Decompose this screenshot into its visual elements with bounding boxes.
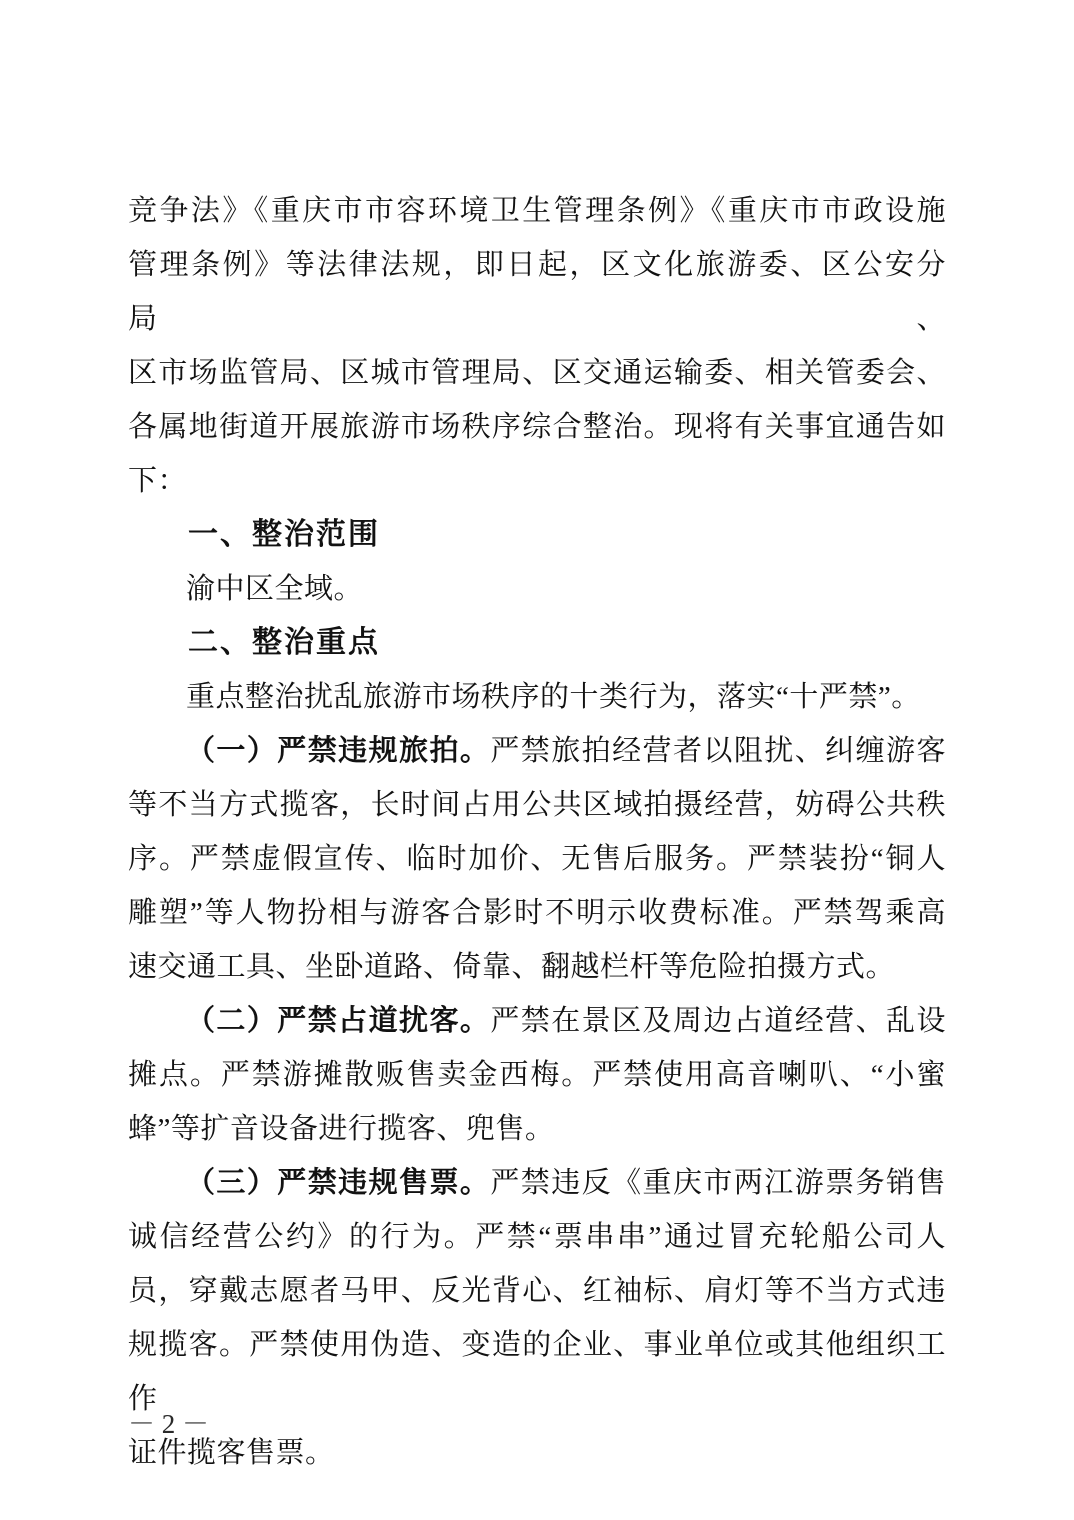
paragraph: 竞争法》《重庆市市容环境卫生管理条例》《重庆市市政设施管理条例》等法律法规，即日… bbox=[128, 184, 946, 508]
text-line: （一）严禁违规旅拍。严禁旅拍经营者以阻扰、纠缠游客 bbox=[128, 724, 946, 778]
text-line: 规揽客。严禁使用伪造、变造的企业、事业单位或其他组织工作 bbox=[128, 1318, 946, 1426]
text-segment: 区市场监管局、区城市管理局、区交通运输委、相关管委会、 bbox=[128, 357, 946, 389]
text-segment: 诚信经营公约》的行为。严禁“票串串”通过冒充轮船公司人 bbox=[128, 1221, 946, 1253]
text-segment: 重点整治扰乱旅游市场秩序的十类行为，落实“十严禁”。 bbox=[186, 681, 921, 713]
page: 竞争法》《重庆市市容环境卫生管理条例》《重庆市市政设施管理条例》等法律法规，即日… bbox=[0, 0, 1074, 1520]
bold-text-segment: （一）严禁违规旅拍。 bbox=[186, 735, 490, 767]
text-segment: 严禁旅拍经营者以阻扰、纠缠游客 bbox=[490, 735, 946, 767]
bold-text-segment: （三）严禁违规售票。 bbox=[186, 1167, 490, 1199]
text-line: 渝中区全域。 bbox=[128, 562, 946, 616]
text-line: 一、整治范围 bbox=[128, 508, 946, 562]
text-line: 员，穿戴志愿者马甲、反光背心、红袖标、肩灯等不当方式违 bbox=[128, 1264, 946, 1318]
paragraph: （二）严禁占道扰客。严禁在景区及周边占道经营、乱设摊点。严禁游摊散贩售卖金西梅。… bbox=[128, 994, 946, 1156]
text-segment: 序。严禁虚假宣传、临时加价、无售后服务。严禁装扮“铜人 bbox=[128, 843, 946, 875]
text-line: 管理条例》等法律法规，即日起，区文化旅游委、区公安分局、 bbox=[128, 238, 946, 346]
text-line: （三）严禁违规售票。严禁违反《重庆市两江游票务销售 bbox=[128, 1156, 946, 1210]
section-heading: 一、整治范围 bbox=[128, 508, 946, 562]
section-heading: 二、整治重点 bbox=[128, 616, 946, 670]
paragraph: （一）严禁违规旅拍。严禁旅拍经营者以阻扰、纠缠游客等不当方式揽客，长时间占用公共… bbox=[128, 724, 946, 994]
text-line: 诚信经营公约》的行为。严禁“票串串”通过冒充轮船公司人 bbox=[128, 1210, 946, 1264]
text-line: 速交通工具、坐卧道路、倚靠、翻越栏杆等危险拍摄方式。 bbox=[128, 940, 946, 994]
text-line: 区市场监管局、区城市管理局、区交通运输委、相关管委会、 bbox=[128, 346, 946, 400]
text-line: 各属地街道开展旅游市场秩序综合整治。现将有关事宜通告如 bbox=[128, 400, 946, 454]
text-line: （二）严禁占道扰客。严禁在景区及周边占道经营、乱设 bbox=[128, 994, 946, 1048]
text-segment: 速交通工具、坐卧道路、倚靠、翻越栏杆等危险拍摄方式。 bbox=[128, 951, 895, 983]
text-segment: 员，穿戴志愿者马甲、反光背心、红袖标、肩灯等不当方式违 bbox=[128, 1275, 946, 1307]
text-segment: 蜂”等扩音设备进行揽客、兜售。 bbox=[128, 1113, 554, 1145]
text-segment: 雕塑”等人物扮相与游客合影时不明示收费标准。严禁驾乘高 bbox=[128, 897, 946, 929]
text-line: 蜂”等扩音设备进行揽客、兜售。 bbox=[128, 1102, 946, 1156]
text-line: 竞争法》《重庆市市容环境卫生管理条例》《重庆市市政设施 bbox=[128, 184, 946, 238]
text-segment: 渝中区全域。 bbox=[186, 573, 363, 605]
text-line: 下： bbox=[128, 454, 946, 508]
text-segment: 管理条例》等法律法规，即日起，区文化旅游委、区公安分局、 bbox=[128, 249, 946, 335]
page-number: － 2 － bbox=[128, 1408, 209, 1440]
bold-text-segment: 一、整治范围 bbox=[188, 518, 380, 551]
text-line: 二、整治重点 bbox=[128, 616, 946, 670]
bold-text-segment: （二）严禁占道扰客。 bbox=[186, 1005, 490, 1037]
text-line: 等不当方式揽客，长时间占用公共区域拍摄经营，妨碍公共秩 bbox=[128, 778, 946, 832]
text-segment: 等不当方式揽客，长时间占用公共区域拍摄经营，妨碍公共秩 bbox=[128, 789, 946, 821]
text-segment: 严禁违反《重庆市两江游票务销售 bbox=[490, 1167, 946, 1199]
text-segment: 下： bbox=[128, 465, 187, 497]
text-segment: 证件揽客售票。 bbox=[128, 1437, 335, 1469]
text-line: 证件揽客售票。 bbox=[128, 1426, 946, 1480]
text-line: 序。严禁虚假宣传、临时加价、无售后服务。严禁装扮“铜人 bbox=[128, 832, 946, 886]
paragraph: 渝中区全域。 bbox=[128, 562, 946, 616]
text-segment: 各属地街道开展旅游市场秩序综合整治。现将有关事宜通告如 bbox=[128, 411, 946, 443]
paragraph: （三）严禁违规售票。严禁违反《重庆市两江游票务销售诚信经营公约》的行为。严禁“票… bbox=[128, 1156, 946, 1480]
text-segment: 摊点。严禁游摊散贩售卖金西梅。严禁使用高音喇叭、“小蜜 bbox=[128, 1059, 946, 1091]
text-line: 重点整治扰乱旅游市场秩序的十类行为，落实“十严禁”。 bbox=[128, 670, 946, 724]
text-line: 摊点。严禁游摊散贩售卖金西梅。严禁使用高音喇叭、“小蜜 bbox=[128, 1048, 946, 1102]
text-segment: 规揽客。严禁使用伪造、变造的企业、事业单位或其他组织工作 bbox=[128, 1329, 946, 1415]
text-segment: 竞争法》《重庆市市容环境卫生管理条例》《重庆市市政设施 bbox=[128, 195, 946, 227]
text-line: 雕塑”等人物扮相与游客合影时不明示收费标准。严禁驾乘高 bbox=[128, 886, 946, 940]
document-body: 竞争法》《重庆市市容环境卫生管理条例》《重庆市市政设施管理条例》等法律法规，即日… bbox=[128, 184, 946, 1480]
bold-text-segment: 二、整治重点 bbox=[188, 626, 380, 659]
text-segment: 严禁在景区及周边占道经营、乱设 bbox=[490, 1005, 946, 1037]
paragraph: 重点整治扰乱旅游市场秩序的十类行为，落实“十严禁”。 bbox=[128, 670, 946, 724]
